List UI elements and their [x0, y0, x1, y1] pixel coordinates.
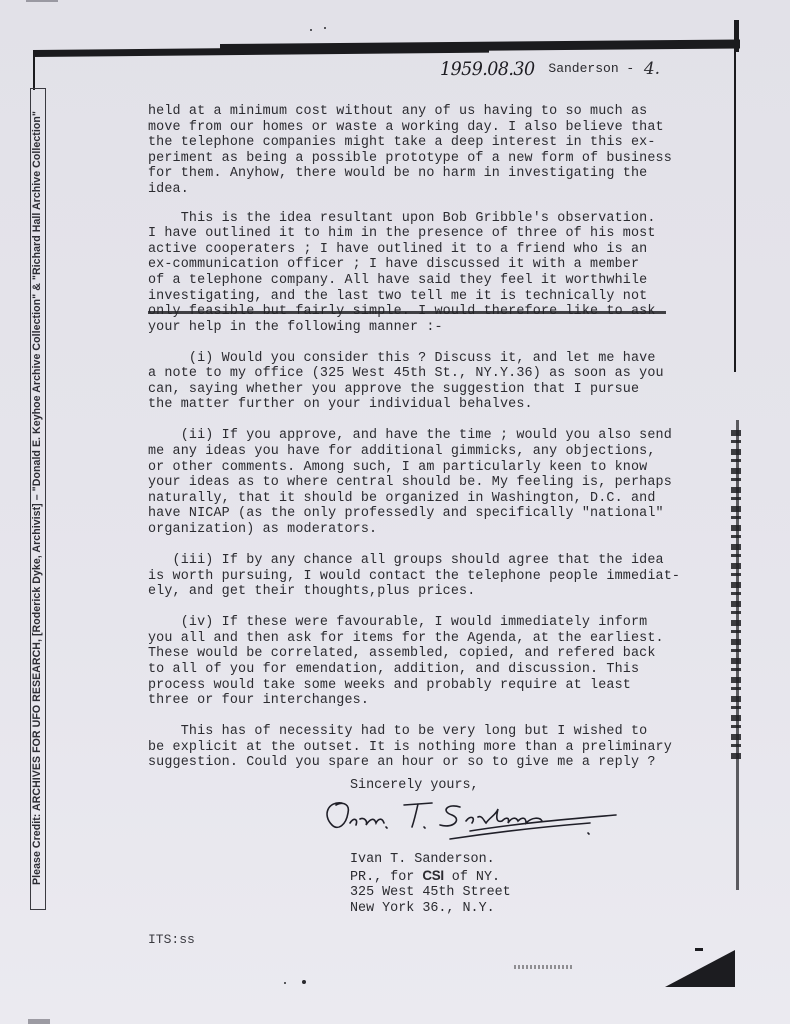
address-line: 325 West 45th Street — [350, 885, 511, 901]
reference-initials: ITS:ss — [148, 932, 195, 947]
left-border-tick — [33, 56, 35, 90]
paragraph-item-iv: (iv) If these were favourable, I would i… — [148, 615, 748, 709]
header-author: Sanderson - — [548, 61, 634, 76]
paragraph-item-ii: (ii) If you approve, and have the time ;… — [148, 428, 748, 537]
text-line: process would take some weeks and probab… — [148, 678, 748, 694]
scan-edge-mark — [26, 0, 58, 2]
text-line: periment as being a possible prototype o… — [148, 151, 748, 167]
handwritten-date: 1959.08.30 — [440, 58, 535, 80]
paragraph-item-iii: (iii) If by any chance all groups should… — [148, 553, 748, 600]
text-line: naturally, that it should be organized i… — [148, 491, 748, 507]
handwritten-signature — [320, 795, 630, 845]
text-line: the telephone companies might take a dee… — [148, 135, 748, 151]
scan-speck — [284, 982, 286, 984]
text-line: you all and then ask for items for the A… — [148, 631, 748, 647]
text-line: suggestion. Could you spare an hour or s… — [148, 755, 748, 771]
organization-abbrev: CSI — [422, 868, 443, 883]
scan-speck — [310, 29, 312, 31]
text-line: your ideas as to where central should be… — [148, 475, 748, 491]
text-line: for them. Anyhow, there would be no harm… — [148, 166, 748, 182]
text-line: This has of necessity had to be very lon… — [148, 724, 748, 740]
text-line: idea. — [148, 182, 748, 198]
text-line: or other comments. Among such, I am part… — [148, 460, 748, 476]
text-line: active cooperaters ; I have outlined it … — [148, 242, 748, 258]
text-line: organization) as moderators. — [148, 522, 748, 538]
paragraph-conclusion: This has of necessity had to be very lon… — [148, 724, 748, 771]
page-header: 1959.08.30 Sanderson - 4. — [440, 58, 660, 84]
text-line: (iii) If by any chance all groups should… — [148, 553, 748, 569]
scan-artifact — [695, 948, 703, 951]
scan-speck — [324, 27, 326, 29]
letter-body: held at a minimum cost without any of us… — [148, 104, 748, 771]
text-line: held at a minimum cost without any of us… — [148, 104, 748, 120]
text-line: have NICAP (as the only professedly and … — [148, 506, 748, 522]
archive-credit-text: Please Credit: ARCHIVES FOR UFO RESEARCH… — [30, 88, 44, 908]
text-line: three or four interchanges. — [148, 693, 748, 709]
text-line: move from our homes or waste a working d… — [148, 120, 748, 136]
text-line: to all of you for emendation, addition, … — [148, 662, 748, 678]
text-line: (ii) If you approve, and have the time ;… — [148, 428, 748, 444]
scan-artifact — [514, 965, 574, 969]
text-line: the matter further on your individual be… — [148, 397, 748, 413]
title-prefix: PR., for — [350, 870, 422, 885]
signer-name: Ivan T. Sanderson. — [350, 852, 511, 868]
struck-text-line: only feasible but fairly simple. I would… — [148, 304, 656, 320]
text-line: a note to my office (325 West 45th St., … — [148, 366, 748, 382]
text-line: me any ideas you have for additional gim… — [148, 444, 748, 460]
title-suffix: of NY. — [444, 870, 500, 885]
scan-speck — [302, 980, 306, 984]
text-line: your help in the following manner :- — [148, 320, 748, 336]
text-line: can, saying whether you approve the sugg… — [148, 382, 748, 398]
text-line: I have outlined it to him in the presenc… — [148, 226, 748, 242]
valediction: Sincerely yours, — [350, 778, 479, 794]
text-line: ely, and get their thoughts,plus prices. — [148, 584, 748, 600]
text-line: ex-communication officer ; I have discus… — [148, 257, 748, 273]
text-line: of a telephone company. All have said th… — [148, 273, 748, 289]
scan-edge-mark — [28, 1019, 50, 1024]
paragraph-item-i: (i) Would you consider this ? Discuss it… — [148, 351, 748, 413]
right-border-rule — [734, 20, 739, 52]
text-line: investigating, and the last two tell me … — [148, 289, 748, 305]
handwritten-page-number: 4. — [644, 59, 660, 79]
paragraph-idea: This is the idea resultant upon Bob Grib… — [148, 211, 748, 336]
text-line: (i) Would you consider this ? Discuss it… — [148, 351, 748, 367]
signature-block: Ivan T. Sanderson.PR., for CSI of NY.325… — [350, 852, 511, 916]
text-line: These would be correlated, assembled, co… — [148, 646, 748, 662]
text-line: (iv) If these were favourable, I would i… — [148, 615, 748, 631]
signer-title: PR., for CSI of NY. — [350, 868, 511, 886]
text-line: be explicit at the outset. It is nothing… — [148, 740, 748, 756]
text-line: This is the idea resultant upon Bob Grib… — [148, 211, 748, 227]
address-line: New York 36., N.Y. — [350, 901, 511, 917]
text-line: is worth pursuing, I would contact the t… — [148, 569, 748, 585]
paragraph-cost: held at a minimum cost without any of us… — [148, 104, 748, 198]
